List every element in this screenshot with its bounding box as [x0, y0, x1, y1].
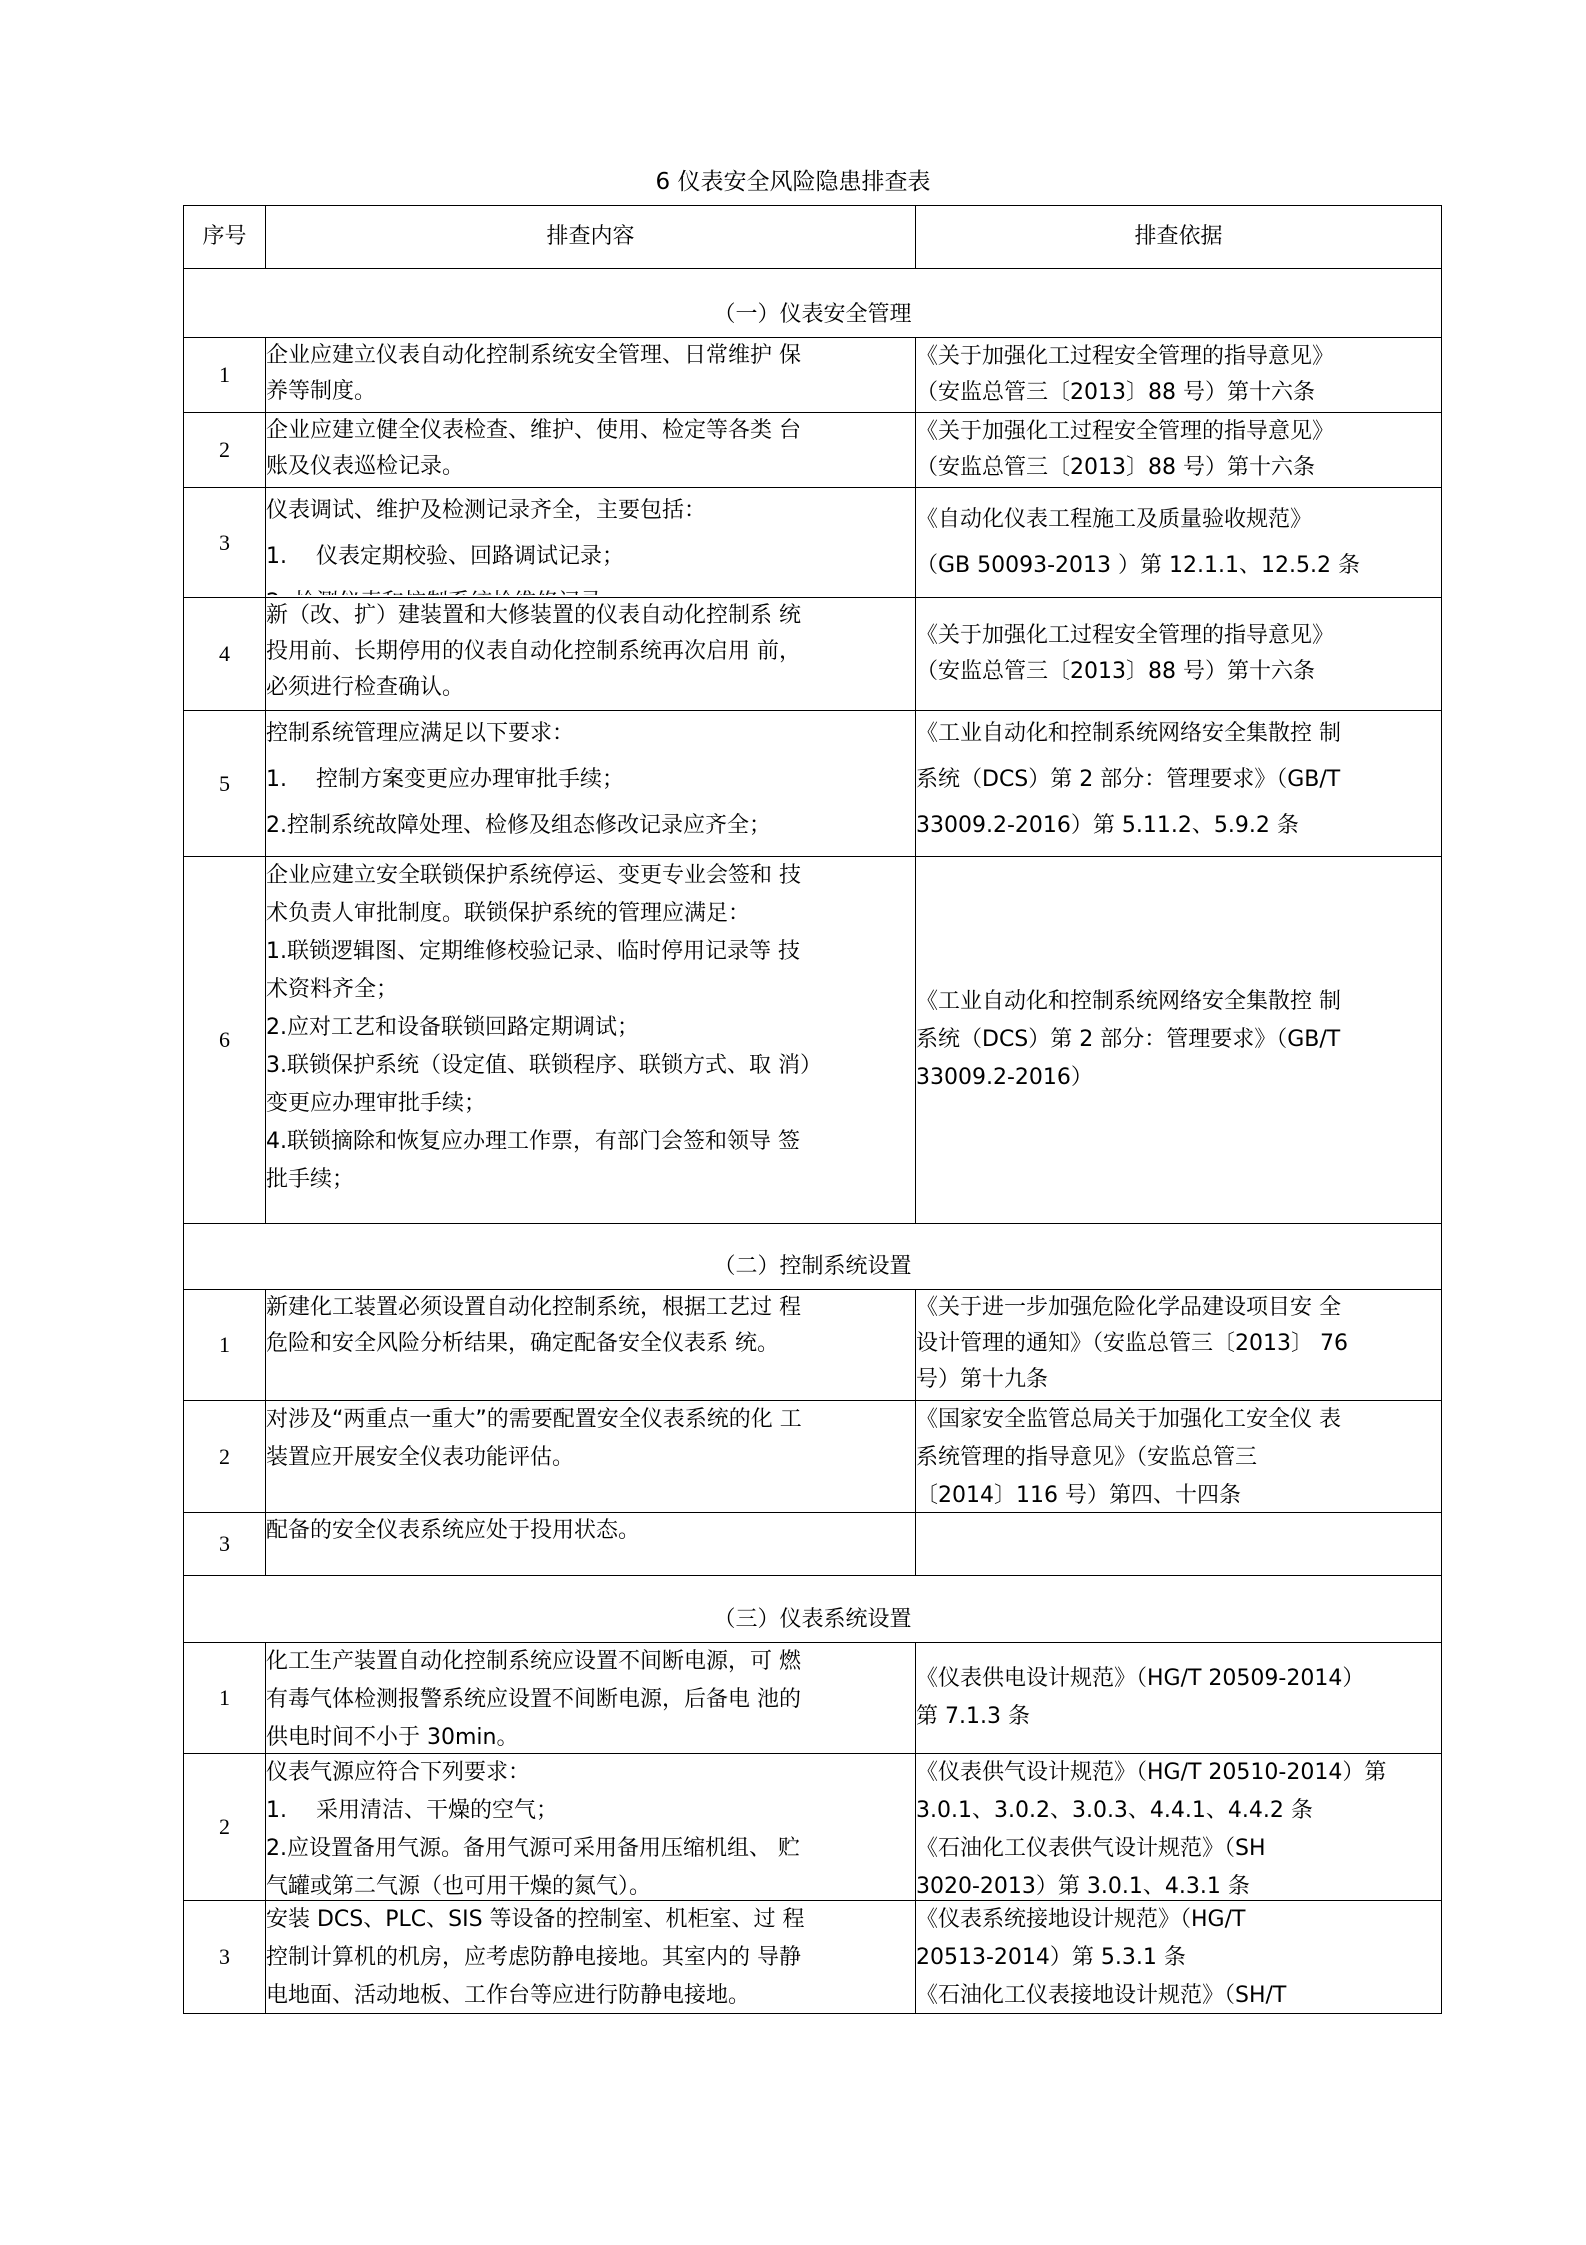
check-content: 安装 DCS、PLC、SIS 等设备的控制室、机柜室、过 程控制计算机的机房，应… — [266, 1901, 916, 2014]
header-content: 排查内容 — [266, 206, 916, 269]
row-number: 4 — [184, 598, 266, 711]
check-basis-line: 《仪表供电设计规范》（HG/T 20509-2014） — [916, 1660, 1441, 1698]
check-content-line: 仪表调试、维护及检测记录齐全，主要包括： — [266, 488, 915, 534]
check-content-line: 电地面、活动地板、工作台等应进行防静电接地。 — [266, 1977, 915, 2011]
table-row: 2企业应建立健全仪表检查、维护、使用、检定等各类 台账及仪表巡检记录。《关于加强… — [184, 413, 1442, 488]
row-number: 3 — [184, 1901, 266, 2014]
check-basis-line: 33009.2-2016） — [916, 1059, 1441, 1097]
check-content: 配备的安全仪表系统应处于投用状态。 — [266, 1513, 916, 1576]
check-content-line: 养等制度。 — [266, 374, 915, 410]
check-basis: 《工业自动化和控制系统网络安全集散控 制系统（DCS）第 2 部分：管理要求》（… — [916, 711, 1442, 857]
check-basis-line: （安监总管三〔2013〕88 号）第十六条 — [916, 654, 1441, 690]
check-basis-line: 《工业自动化和控制系统网络安全集散控 制 — [916, 711, 1441, 757]
table-row: 3仪表调试、维护及检测记录齐全，主要包括：1. 仪表定期校验、回路调试记录；2.… — [184, 488, 1442, 598]
check-content-line: 控制系统管理应满足以下要求： — [266, 711, 915, 757]
table-row: 5控制系统管理应满足以下要求：1. 控制方案变更应办理审批手续；2.控制系统故障… — [184, 711, 1442, 857]
check-basis-line: 33009.2-2016）第 5.11.2、5.9.2 条 — [916, 803, 1441, 849]
check-basis: 《关于加强化工过程安全管理的指导意见》（安监总管三〔2013〕88 号）第十六条 — [916, 598, 1442, 711]
check-basis-line: （安监总管三〔2013〕88 号）第十六条 — [916, 375, 1441, 411]
check-content: 企业应建立健全仪表检查、维护、使用、检定等各类 台账及仪表巡检记录。 — [266, 413, 916, 488]
check-basis: 《关于进一步加强危险化学品建设项目安 全设计管理的通知》（安监总管三〔2013〕… — [916, 1290, 1442, 1401]
row-number: 2 — [184, 413, 266, 488]
check-content-line: 1. 仪表定期校验、回路调试记录； — [266, 534, 915, 580]
check-basis-line: 系统（DCS）第 2 部分：管理要求》（GB/T — [916, 1021, 1441, 1059]
check-content-line: 化工生产装置自动化控制系统应设置不间断电源，可 燃 — [266, 1643, 915, 1681]
check-basis: 《仪表系统接地设计规范》（HG/T20513-2014）第 5.3.1 条《石油… — [916, 1901, 1442, 2014]
check-basis-line: （GB 50093-2013 ）第 12.1.1、12.5.2 条 — [916, 543, 1441, 589]
row-number: 3 — [184, 488, 266, 598]
section-heading: （一）仪表安全管理 — [184, 269, 1442, 338]
check-basis-line: 《关于加强化工过程安全管理的指导意见》 — [916, 618, 1441, 654]
check-content-line: 2. 检测仪表和控制系统检维修记录 — [266, 580, 915, 595]
check-basis — [916, 1513, 1442, 1576]
check-content-line: 气罐或第二气源（也可用干燥的氮气）。 — [266, 1868, 915, 1898]
check-content-line: 1.联锁逻辑图、定期维修校验记录、临时停用记录等 技 — [266, 933, 915, 971]
check-content-line: 对涉及“两重点一重大”的需要配置安全仪表系统的化 工 — [266, 1401, 915, 1439]
table-row: 6企业应建立安全联锁保护系统停运、变更专业会签和 技术负责人审批制度。联锁保护系… — [184, 857, 1442, 1224]
section-heading: （二）控制系统设置 — [184, 1224, 1442, 1290]
check-basis: 《国家安全监管总局关于加强化工安全仪 表系统管理的指导意见》（安监总管三〔201… — [916, 1401, 1442, 1513]
row-number: 1 — [184, 1290, 266, 1401]
check-basis: 《关于加强化工过程安全管理的指导意见》（安监总管三〔2013〕88 号）第十六条 — [916, 413, 1442, 488]
table-row: 1企业应建立仪表自动化控制系统安全管理、日常维护 保养等制度。《关于加强化工过程… — [184, 338, 1442, 413]
table-row: 3配备的安全仪表系统应处于投用状态。 — [184, 1513, 1442, 1576]
row-number: 1 — [184, 1643, 266, 1754]
check-content-line: 供电时间不小于 30min。 — [266, 1719, 915, 1751]
row-number: 6 — [184, 857, 266, 1224]
header-basis: 排查依据 — [916, 206, 1442, 269]
check-basis-line: 《仪表供气设计规范》（HG/T 20510-2014）第 — [916, 1754, 1441, 1792]
document-title: 6 仪表安全风险隐患排查表 — [0, 166, 1586, 198]
section-heading-row: （三）仪表系统设置 — [184, 1576, 1442, 1643]
check-content-line: 控制计算机的机房，应考虑防静电接地。其室内的 导静 — [266, 1939, 915, 1977]
check-content-line: 企业应建立健全仪表检查、维护、使用、检定等各类 台 — [266, 413, 915, 449]
row-number: 2 — [184, 1754, 266, 1901]
check-basis-line: 〔2014〕116 号）第四、十四条 — [916, 1477, 1441, 1510]
section-heading-row: （一）仪表安全管理 — [184, 269, 1442, 338]
check-basis: 《关于加强化工过程安全管理的指导意见》（安监总管三〔2013〕88 号）第十六条 — [916, 338, 1442, 413]
check-content-line: 危险和安全风险分析结果，确定配备安全仪表系 统。 — [266, 1326, 915, 1362]
check-content-line: 投用前、长期停用的仪表自动化控制系统再次启用 前， — [266, 634, 915, 670]
check-content-line: 1. 控制方案变更应办理审批手续； — [266, 757, 915, 803]
check-content-line: 1. 采用清洁、干燥的空气； — [266, 1792, 915, 1830]
table-row: 1化工生产装置自动化控制系统应设置不间断电源，可 燃有毒气体检测报警系统应设置不… — [184, 1643, 1442, 1754]
check-basis: 《仪表供电设计规范》（HG/T 20509-2014）第 7.1.3 条 — [916, 1643, 1442, 1754]
check-content-line: 2.应对工艺和设备联锁回路定期调试； — [266, 1009, 915, 1047]
check-basis-line: 《工业自动化和控制系统网络安全集散控 制 — [916, 983, 1441, 1021]
check-basis-line: 3020-2013）第 3.0.1、4.3.1 条 — [916, 1868, 1441, 1898]
row-number: 2 — [184, 1401, 266, 1513]
check-content-line: 2.控制系统故障处理、检修及组态修改记录应齐全； — [266, 803, 915, 849]
check-basis-line: 《仪表系统接地设计规范》（HG/T — [916, 1901, 1441, 1939]
check-content-line: 有毒气体检测报警系统应设置不间断电源，后备电 池的 — [266, 1681, 915, 1719]
check-content: 控制系统管理应满足以下要求：1. 控制方案变更应办理审批手续；2.控制系统故障处… — [266, 711, 916, 857]
check-basis: 《自动化仪表工程施工及质量验收规范》（GB 50093-2013 ）第 12.1… — [916, 488, 1442, 598]
header-no: 序号 — [184, 206, 266, 269]
check-basis-line: 《国家安全监管总局关于加强化工安全仪 表 — [916, 1401, 1441, 1439]
check-content-line: 3.联锁保护系统（设定值、联锁程序、联锁方式、取 消） — [266, 1047, 915, 1085]
check-content-line: 企业应建立仪表自动化控制系统安全管理、日常维护 保 — [266, 338, 915, 374]
check-content: 化工生产装置自动化控制系统应设置不间断电源，可 燃有毒气体检测报警系统应设置不间… — [266, 1643, 916, 1754]
check-content-line: 装置应开展安全仪表功能评估。 — [266, 1439, 915, 1477]
check-content-line: 账及仪表巡检记录。 — [266, 449, 915, 485]
check-basis-line: 《关于加强化工过程安全管理的指导意见》 — [916, 414, 1441, 450]
row-number: 3 — [184, 1513, 266, 1576]
check-basis-line: 号）第十九条 — [916, 1362, 1441, 1398]
check-content-line: 批手续； — [266, 1161, 915, 1199]
check-content-line: 必须进行检查确认。 — [266, 670, 915, 706]
check-basis-line: 《石油化工仪表接地设计规范》（SH/T — [916, 1977, 1441, 2011]
check-content-line: 术负责人审批制度。联锁保护系统的管理应满足： — [266, 895, 915, 933]
check-basis-line: 《石油化工仪表供气设计规范》（SH — [916, 1830, 1441, 1868]
table-header-row: 序号 排查内容 排查依据 — [184, 206, 1442, 269]
check-basis-line: 20513-2014）第 5.3.1 条 — [916, 1939, 1441, 1977]
check-content: 仪表调试、维护及检测记录齐全，主要包括：1. 仪表定期校验、回路调试记录；2. … — [266, 488, 916, 598]
check-content-line: 安装 DCS、PLC、SIS 等设备的控制室、机柜室、过 程 — [266, 1901, 915, 1939]
check-content-line: 企业应建立安全联锁保护系统停运、变更专业会签和 技 — [266, 857, 915, 895]
check-content: 仪表气源应符合下列要求：1. 采用清洁、干燥的空气；2.应设置备用气源。备用气源… — [266, 1754, 916, 1901]
check-content-line: 新建化工装置必须设置自动化控制系统，根据工艺过 程 — [266, 1290, 915, 1326]
check-basis-line: 系统管理的指导意见》（安监总管三 — [916, 1439, 1441, 1477]
check-content-line: 4.联锁摘除和恢复应办理工作票，有部门会签和领导 签 — [266, 1123, 915, 1161]
check-content-line: 术资料齐全； — [266, 971, 915, 1009]
check-basis-line: 系统（DCS）第 2 部分：管理要求》（GB/T — [916, 757, 1441, 803]
table-row: 2对涉及“两重点一重大”的需要配置安全仪表系统的化 工装置应开展安全仪表功能评估… — [184, 1401, 1442, 1513]
check-basis-line: 《关于加强化工过程安全管理的指导意见》 — [916, 339, 1441, 375]
section-heading: （三）仪表系统设置 — [184, 1576, 1442, 1643]
row-number: 5 — [184, 711, 266, 857]
section-heading-row: （二）控制系统设置 — [184, 1224, 1442, 1290]
check-content: 企业应建立安全联锁保护系统停运、变更专业会签和 技术负责人审批制度。联锁保护系统… — [266, 857, 916, 1224]
check-basis-line: 《自动化仪表工程施工及质量验收规范》 — [916, 497, 1441, 543]
check-basis-line: 3.0.1、3.0.2、3.0.3、4.4.1、4.4.2 条 — [916, 1792, 1441, 1830]
check-content-line: 仪表气源应符合下列要求： — [266, 1754, 915, 1792]
check-basis: 《仪表供气设计规范》（HG/T 20510-2014）第3.0.1、3.0.2、… — [916, 1754, 1442, 1901]
check-content-line: 变更应办理审批手续； — [266, 1085, 915, 1123]
check-basis: 《工业自动化和控制系统网络安全集散控 制系统（DCS）第 2 部分：管理要求》（… — [916, 857, 1442, 1224]
check-content: 对涉及“两重点一重大”的需要配置安全仪表系统的化 工装置应开展安全仪表功能评估。 — [266, 1401, 916, 1513]
check-basis-line: 设计管理的通知》（安监总管三〔2013〕 76 — [916, 1326, 1441, 1362]
check-basis-line: （安监总管三〔2013〕88 号）第十六条 — [916, 450, 1441, 486]
check-content-line: 2.应设置备用气源。备用气源可采用备用压缩机组、 贮 — [266, 1830, 915, 1868]
check-basis-line: 《关于进一步加强危险化学品建设项目安 全 — [916, 1290, 1441, 1326]
check-basis-line: 第 7.1.3 条 — [916, 1698, 1441, 1736]
table-row: 2仪表气源应符合下列要求：1. 采用清洁、干燥的空气；2.应设置备用气源。备用气… — [184, 1754, 1442, 1901]
table-row: 4新（改、扩）建装置和大修装置的仪表自动化控制系 统投用前、长期停用的仪表自动化… — [184, 598, 1442, 711]
check-content: 新建化工装置必须设置自动化控制系统，根据工艺过 程危险和安全风险分析结果，确定配… — [266, 1290, 916, 1401]
table-row: 3安装 DCS、PLC、SIS 等设备的控制室、机柜室、过 程控制计算机的机房，… — [184, 1901, 1442, 2014]
inspection-table: 序号 排查内容 排查依据 （一）仪表安全管理1企业应建立仪表自动化控制系统安全管… — [183, 205, 1442, 2014]
check-content-line: 新（改、扩）建装置和大修装置的仪表自动化控制系 统 — [266, 598, 915, 634]
row-number: 1 — [184, 338, 266, 413]
check-content-line: 配备的安全仪表系统应处于投用状态。 — [266, 1513, 915, 1549]
table-row: 1新建化工装置必须设置自动化控制系统，根据工艺过 程危险和安全风险分析结果，确定… — [184, 1290, 1442, 1401]
check-content: 新（改、扩）建装置和大修装置的仪表自动化控制系 统投用前、长期停用的仪表自动化控… — [266, 598, 916, 711]
check-content: 企业应建立仪表自动化控制系统安全管理、日常维护 保养等制度。 — [266, 338, 916, 413]
